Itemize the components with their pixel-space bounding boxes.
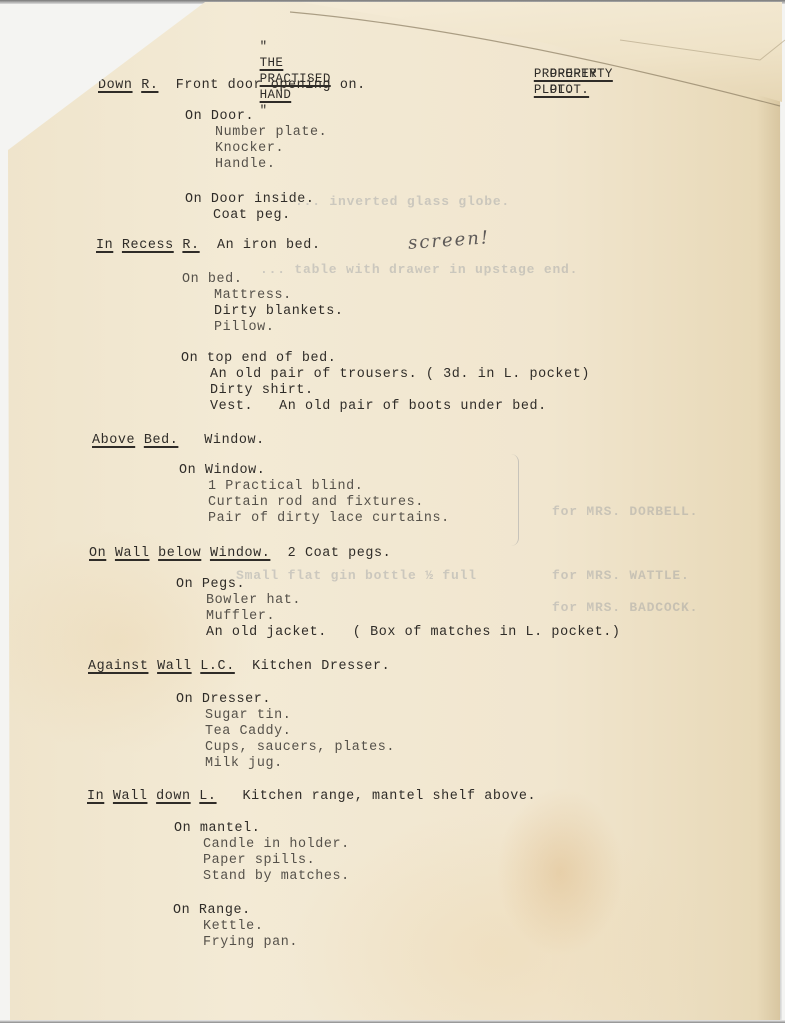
group-heading: On Door. xyxy=(185,109,254,125)
location-word: In xyxy=(96,238,113,253)
prop-item: Stand by matches. xyxy=(203,869,350,885)
section-in-wall-down-l: In Wall down L. Kitchen range, mantel sh… xyxy=(87,789,536,805)
section-item: Kitchen Dresser. xyxy=(252,659,390,674)
location-word: R. xyxy=(182,238,199,253)
prop-item: Pair of dirty lace curtains. xyxy=(208,511,450,527)
location-word: L. xyxy=(199,789,216,804)
title-quote-close: " xyxy=(260,104,268,118)
group-heading: On Pegs. xyxy=(176,577,245,593)
section-item: An iron bed. xyxy=(217,238,321,253)
location-word: Above xyxy=(92,433,135,448)
prop-item: Vest. An old pair of boots under bed. xyxy=(210,399,547,415)
section-against-wall-lc: Against Wall L.C. Kitchen Dresser. xyxy=(88,659,390,675)
prop-item: Dirty shirt. xyxy=(210,383,314,399)
prop-item: Kettle. xyxy=(203,919,263,935)
prop-item: An old jacket. ( Box of matches in L. po… xyxy=(206,625,621,641)
section-item: 2 Coat pegs. xyxy=(288,546,392,561)
title-word: THE xyxy=(260,56,284,70)
prop-item: Mattress. xyxy=(214,288,292,304)
prop-item: Muffler. xyxy=(206,609,275,625)
prop-item: Curtain rod and fixtures. xyxy=(208,495,424,511)
location-word: In xyxy=(87,789,104,804)
prop-item: Handle. xyxy=(215,157,275,173)
prop-item: Number plate. xyxy=(215,125,327,141)
doc-type-word: PROPERTY xyxy=(534,67,597,81)
prop-item: Sugar tin. xyxy=(205,708,291,724)
group-heading: On mantel. xyxy=(174,821,260,837)
prop-item: Bowler hat. xyxy=(206,593,301,609)
show-through-line: for MRS. WATTLE. xyxy=(552,568,690,584)
prop-item: Candle in holder. xyxy=(203,837,350,853)
group-heading: On bed. xyxy=(182,272,242,288)
location-word: L.C. xyxy=(200,659,235,674)
section-item: Kitchen range, mantel shelf above. xyxy=(243,789,537,804)
property-plot-page: ... inverted glass globe. ... table with… xyxy=(0,2,780,1021)
prop-item: Dirty blankets. xyxy=(214,304,344,320)
location-word: On xyxy=(89,546,106,561)
show-through-line: ... inverted glass globe. xyxy=(295,194,510,210)
title-quote-open: " xyxy=(260,40,268,54)
prop-item: Coat peg. xyxy=(213,208,291,224)
prop-item: Knocker. xyxy=(215,141,284,157)
group-heading: On Dresser. xyxy=(176,692,271,708)
pencil-annotation: screen! xyxy=(407,227,490,254)
location-word: Wall xyxy=(113,789,148,804)
section-above-bed: Above Bed. Window. xyxy=(92,433,265,449)
group-heading: On Window. xyxy=(179,463,265,479)
location-word: down xyxy=(156,789,191,804)
prop-item: An old pair of trousers. ( 3d. in L. poc… xyxy=(210,367,590,383)
group-heading: On Door inside. xyxy=(185,192,315,208)
prop-item: 1 Practical blind. xyxy=(208,479,363,495)
prop-item: Pillow. xyxy=(214,320,274,336)
show-through-line: ... table with drawer in upstage end. xyxy=(260,262,578,278)
location-word: Down xyxy=(98,78,133,93)
location-word: Wall xyxy=(157,659,192,674)
section-item: Window. xyxy=(204,433,264,448)
show-through-line: Small flat gin bottle ½ full xyxy=(236,568,477,584)
show-through-line: for MRS. BADCOCK. xyxy=(552,600,698,616)
document-type-overlay: PROPERTY PLOT. xyxy=(518,50,597,98)
group-heading: On Range. xyxy=(173,903,251,919)
group-heading: On top end of bed. xyxy=(181,351,336,367)
location-word: below xyxy=(158,546,201,561)
location-word: Recess xyxy=(122,238,174,253)
prop-item: Paper spills. xyxy=(203,853,315,869)
section-down-r: Down R. Front door opening on. xyxy=(98,78,366,94)
location-word: Window. xyxy=(210,546,270,561)
section-on-wall-below-window: On Wall below Window. 2 Coat pegs. xyxy=(89,546,391,562)
location-word: Wall xyxy=(115,546,150,561)
prop-item: Milk jug. xyxy=(205,756,283,772)
section-in-recess-r: In Recess R. An iron bed. xyxy=(96,238,321,254)
prop-item: Cups, saucers, plates. xyxy=(205,740,395,756)
location-word: Against xyxy=(88,659,148,674)
location-word: R. xyxy=(141,78,158,93)
location-word: Bed. xyxy=(144,433,179,448)
section-item: Front door opening on. xyxy=(176,78,366,93)
show-through-brace xyxy=(508,454,519,546)
prop-item: Tea Caddy. xyxy=(205,724,291,740)
prop-item: Frying pan. xyxy=(203,935,298,951)
show-through-line: for MRS. DORBELL. xyxy=(552,504,698,520)
doc-type-word: PLOT. xyxy=(534,83,574,97)
